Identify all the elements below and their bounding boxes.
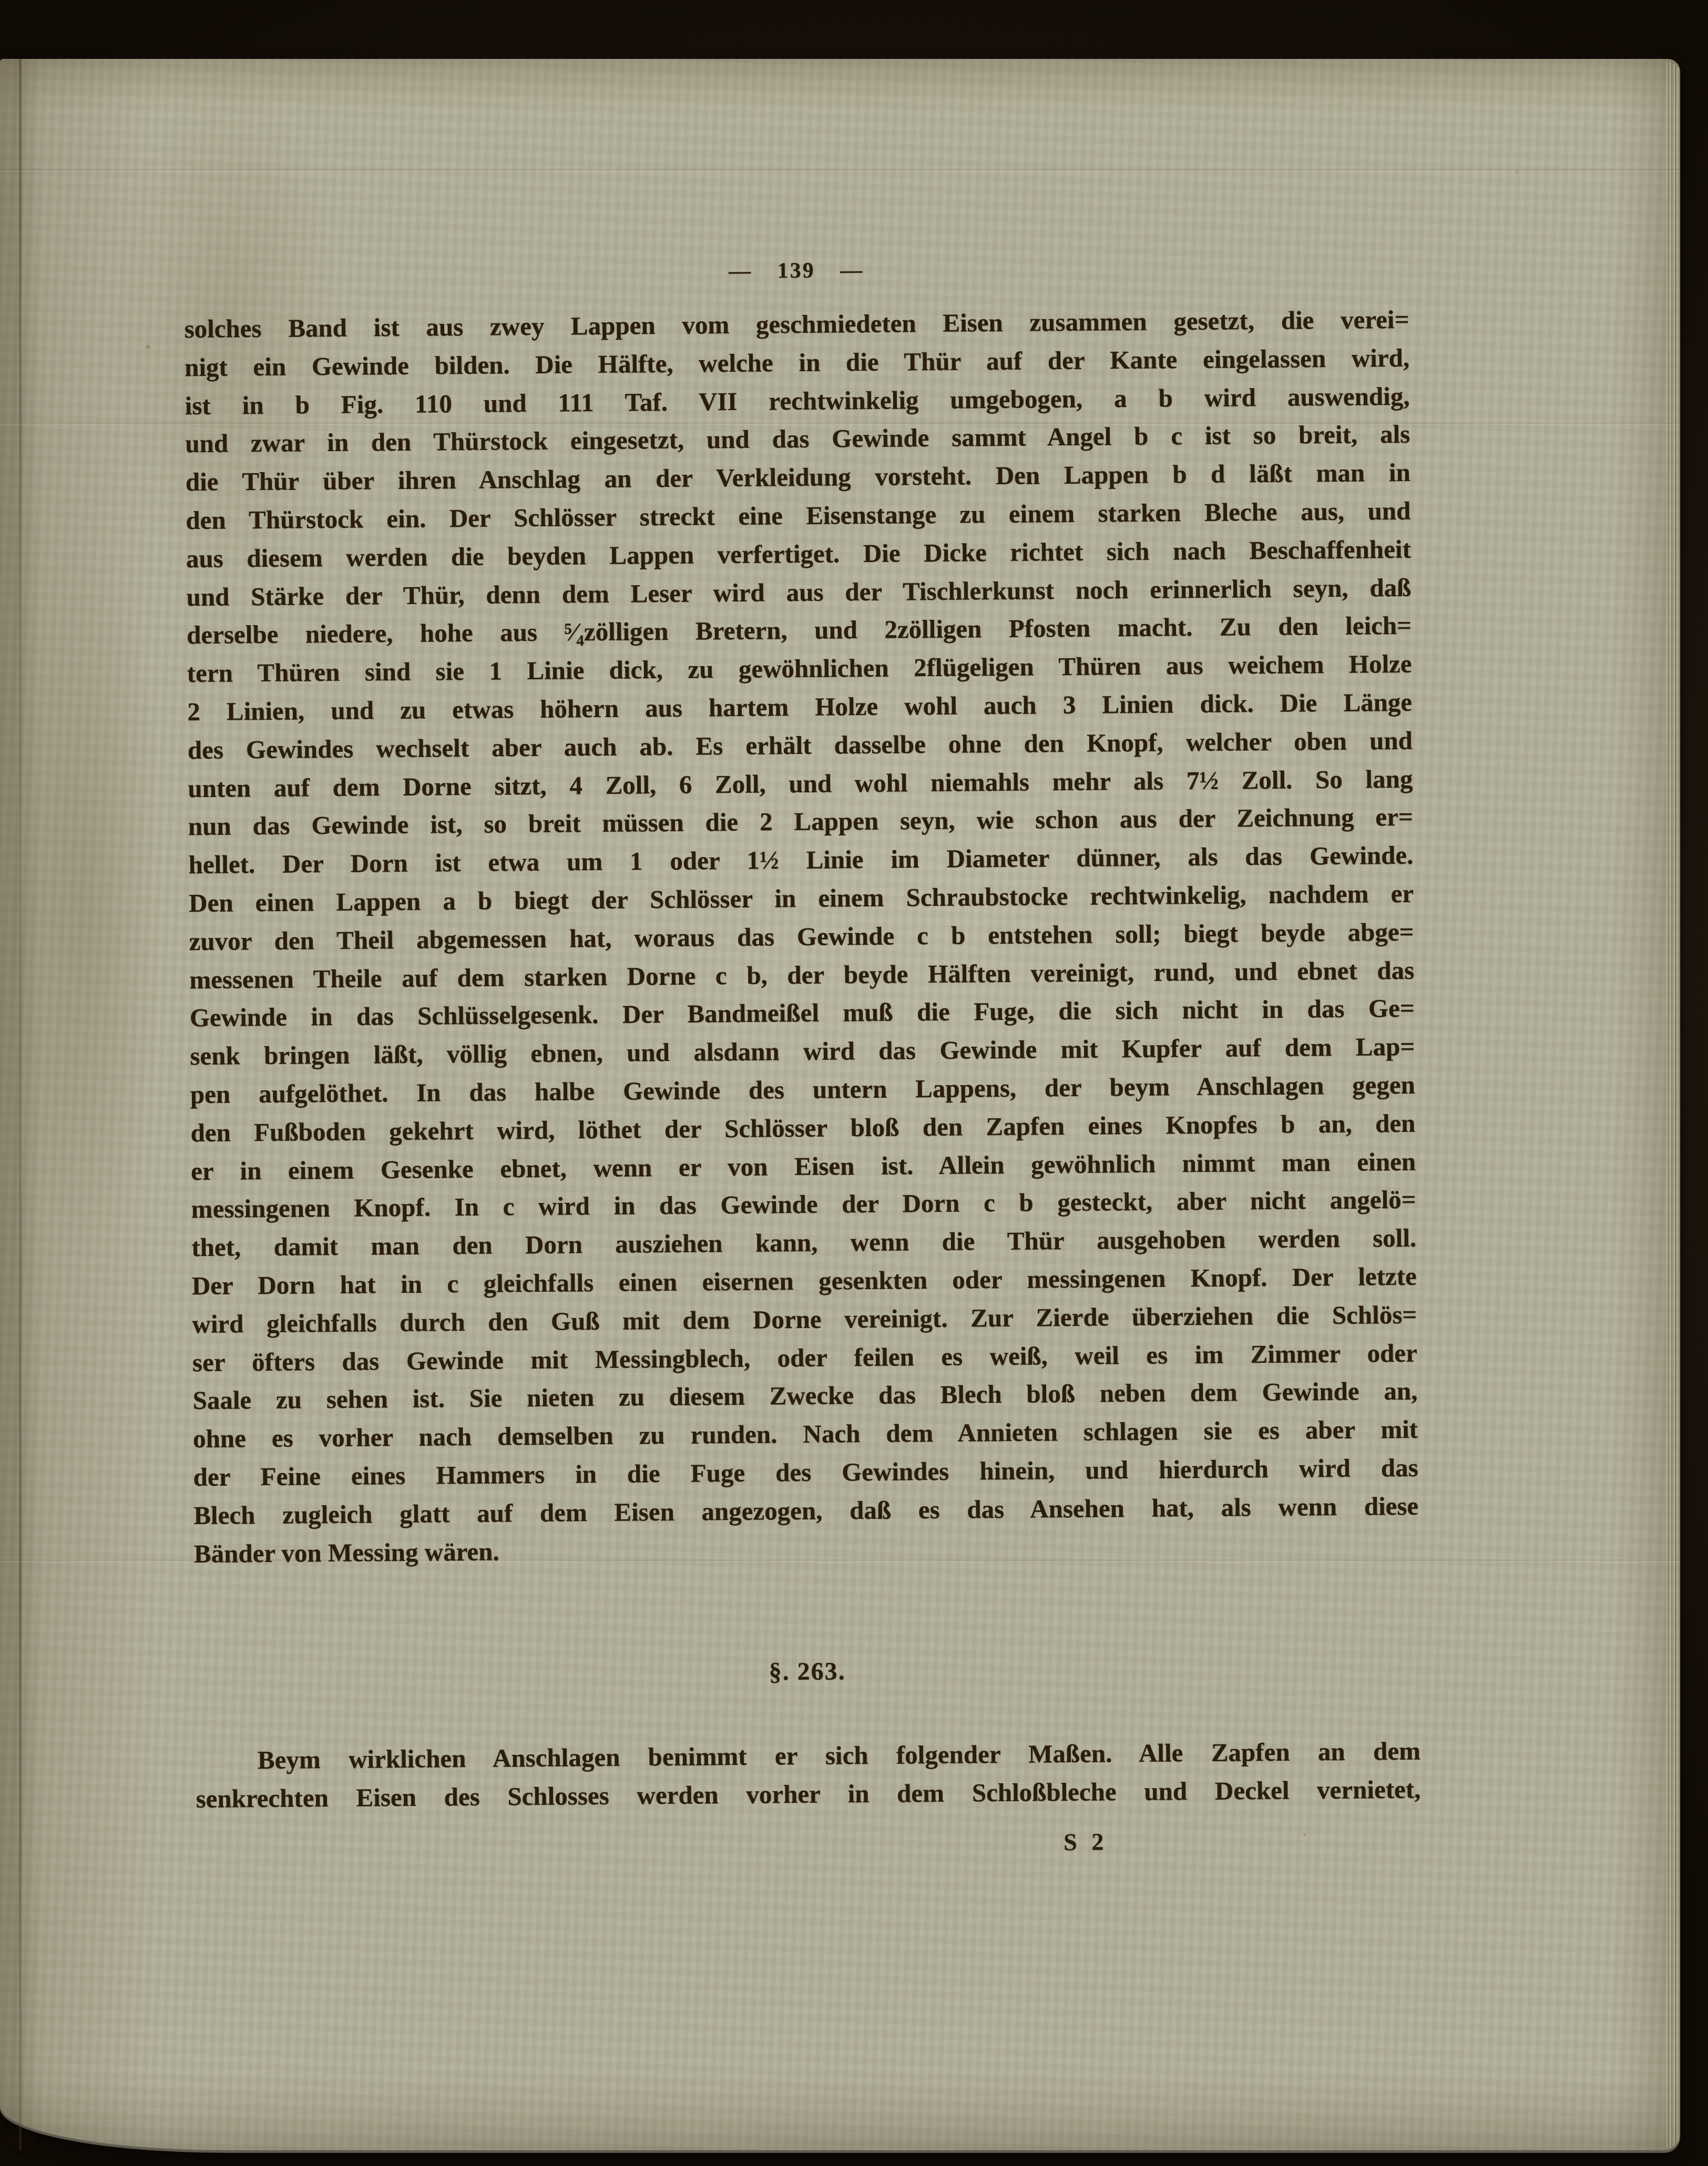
gutter-fold-line: [19, 59, 22, 2150]
paragraph-main: solches Band ist aus zwey Lappen vom ges…: [184, 301, 1419, 1574]
page-number: — 139 —: [184, 251, 1409, 290]
page-edge-stack: [1666, 62, 1680, 2148]
section-heading: §. 263.: [195, 1648, 1420, 1695]
page-content: — 139 — solches Band ist aus zwey Lappen…: [182, 54, 1421, 1865]
book-page: — 139 — solches Band ist aus zwey Lappen…: [0, 59, 1680, 2150]
paragraph-section-263: Beym wirklichen Anschlagen benimmt er si…: [196, 1732, 1421, 1818]
scanner-background: — 139 — solches Band ist aus zwey Lappen…: [0, 0, 1708, 2166]
signature-mark: S 2: [1063, 1824, 1421, 1858]
